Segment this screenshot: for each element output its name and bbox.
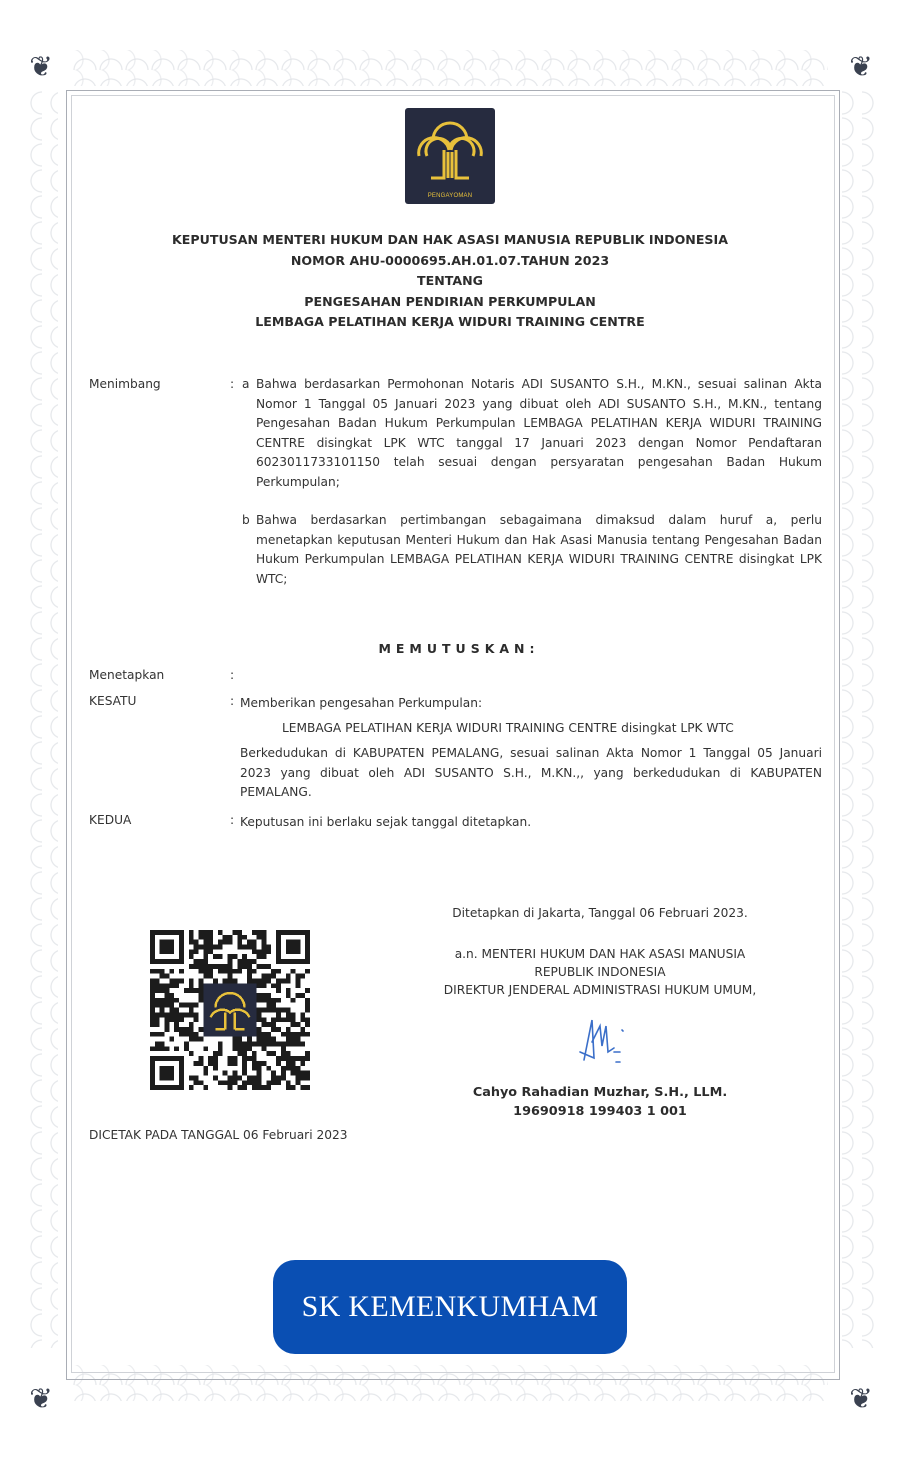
kesatu-intro: Memberikan pengesahan Perkumpulan: xyxy=(240,694,482,714)
decree-heading: KEPUTUSAN MENTERI HUKUM DAN HAK ASASI MA… xyxy=(100,230,800,333)
menetapkan-colon: : xyxy=(230,668,234,682)
heading-title: KEPUTUSAN MENTERI HUKUM DAN HAK ASASI MA… xyxy=(100,230,800,251)
kesatu-label: KESATU xyxy=(89,694,136,708)
item-letter-b: b xyxy=(242,513,250,527)
corner-ornament-icon: ❦ xyxy=(24,1382,58,1416)
menimbang-item-a: Bahwa berdasarkan Permohonan Notaris ADI… xyxy=(256,375,822,492)
sk-kemenkumham-button[interactable]: SK KEMENKUMHAM xyxy=(273,1260,627,1354)
pengayoman-logo: PENGAYOMAN xyxy=(405,108,495,204)
signatory-nip: 19690918 199403 1 001 xyxy=(380,1102,820,1121)
kesatu-colon: : xyxy=(230,694,234,708)
heading-organization: LEMBAGA PELATIHAN KERJA WIDURI TRAINING … xyxy=(100,312,800,333)
kedua-label: KEDUA xyxy=(89,813,131,827)
decree-number: NOMOR AHU-0000695.AH.01.07.TAHUN 2023 xyxy=(100,251,800,272)
place-date: Ditetapkan di Jakarta, Tanggal 06 Februa… xyxy=(380,905,820,922)
heading-subject: PENGESAHAN PENDIRIAN PERKUMPULAN xyxy=(100,292,800,313)
signature-scribble xyxy=(570,1012,630,1072)
kesatu-organization-name: LEMBAGA PELATIHAN KERJA WIDURI TRAINING … xyxy=(282,719,734,739)
signatory-position: DIREKTUR JENDERAL ADMINISTRASI HUKUM UMU… xyxy=(380,982,820,999)
kedua-colon: : xyxy=(230,813,234,827)
corner-ornament-icon: ❦ xyxy=(844,1382,878,1416)
qr-code xyxy=(150,930,310,1090)
pengayoman-tree-icon xyxy=(413,116,487,186)
menimbang-colon: : xyxy=(230,377,234,391)
menimbang-label: Menimbang xyxy=(89,377,161,391)
signatory-name: Cahyo Rahadian Muzhar, S.H., LLM. xyxy=(380,1083,820,1102)
logo-caption: PENGAYOMAN xyxy=(405,193,495,199)
item-letter-a: a xyxy=(242,377,249,391)
on-behalf-line-2: REPUBLIK INDONESIA xyxy=(380,964,820,981)
kesatu-detail: Berkedudukan di KABUPATEN PEMALANG, sesu… xyxy=(240,744,822,803)
ornamental-border-top xyxy=(72,50,828,86)
memutuskan-heading: MEMUTUSKAN: xyxy=(0,641,900,656)
printed-date: DICETAK PADA TANGGAL 06 Februari 2023 xyxy=(89,1128,347,1142)
heading-tentang: TENTANG xyxy=(100,271,800,292)
kedua-text: Keputusan ini berlaku sejak tanggal dite… xyxy=(240,813,531,833)
corner-ornament-icon: ❦ xyxy=(24,50,58,84)
on-behalf-line-1: a.n. MENTERI HUKUM DAN HAK ASASI MANUSIA xyxy=(380,946,820,963)
ornamental-border-left xyxy=(22,90,58,1348)
menetapkan-label: Menetapkan xyxy=(89,668,164,682)
ornamental-border-right xyxy=(842,90,878,1348)
corner-ornament-icon: ❦ xyxy=(844,50,878,84)
menimbang-item-b: Bahwa berdasarkan pertimbangan sebagaima… xyxy=(256,511,822,589)
